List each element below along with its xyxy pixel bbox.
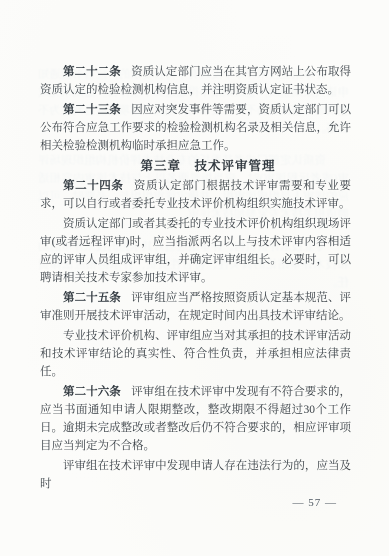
- article-25-number: 第二十五条: [63, 292, 121, 304]
- article-23-number: 第二十三条: [63, 104, 121, 116]
- article-26-paragraph: 第二十六条评审组在技术评审中发现有不符合要求的，应当书面通知申请人限期整改，整改…: [40, 383, 351, 455]
- article-24-number: 第二十四条: [63, 180, 124, 192]
- article-22-paragraph: 第二十二条资质认定部门应当在其官方网站上公布取得资质认定的检验检测机构信息，并注…: [40, 63, 351, 99]
- article-24-continuation-paragraph: 资质认定部门或者其委托的专业技术评价机构组织现场评审(或者远程评审)时，应当指派…: [40, 215, 351, 287]
- document-page: 评审组在技术评审中发现有不符合要求的，应当书面通知申请人限期整改，整改期限不得超…: [0, 0, 389, 556]
- article-23-paragraph: 第二十三条因应对突发事件等需要，资质认定部门可以公布符合应急工作要求的检验检测机…: [40, 101, 351, 155]
- article-25-continuation-paragraph: 专业技术评价机构、评审组应当对其承担的技术评审活动和技术评审结论的真实性、符合性…: [40, 327, 351, 381]
- article-26-number: 第二十六条: [63, 386, 121, 398]
- article-24-paragraph: 第二十四条资质认定部门根据技术评审需要和专业要求，可以自行或者委托专业技术评价机…: [40, 177, 351, 213]
- article-22-number: 第二十二条: [63, 66, 121, 78]
- document-body: 第二十二条资质认定部门应当在其官方网站上公布取得资质认定的检验检测机构信息，并注…: [40, 61, 351, 493]
- article-25-paragraph: 第二十五条评审组应当严格按照资质认定基本规范、评审准则开展技术评审活动，在规定时…: [40, 289, 351, 325]
- chapter-heading: 第三章 技术评审管理: [40, 157, 351, 175]
- article-26-continuation-paragraph: 评审组在技术评审中发现申请人存在违法行为的，应当及时: [40, 457, 351, 493]
- page-number: — 57 —: [293, 497, 338, 509]
